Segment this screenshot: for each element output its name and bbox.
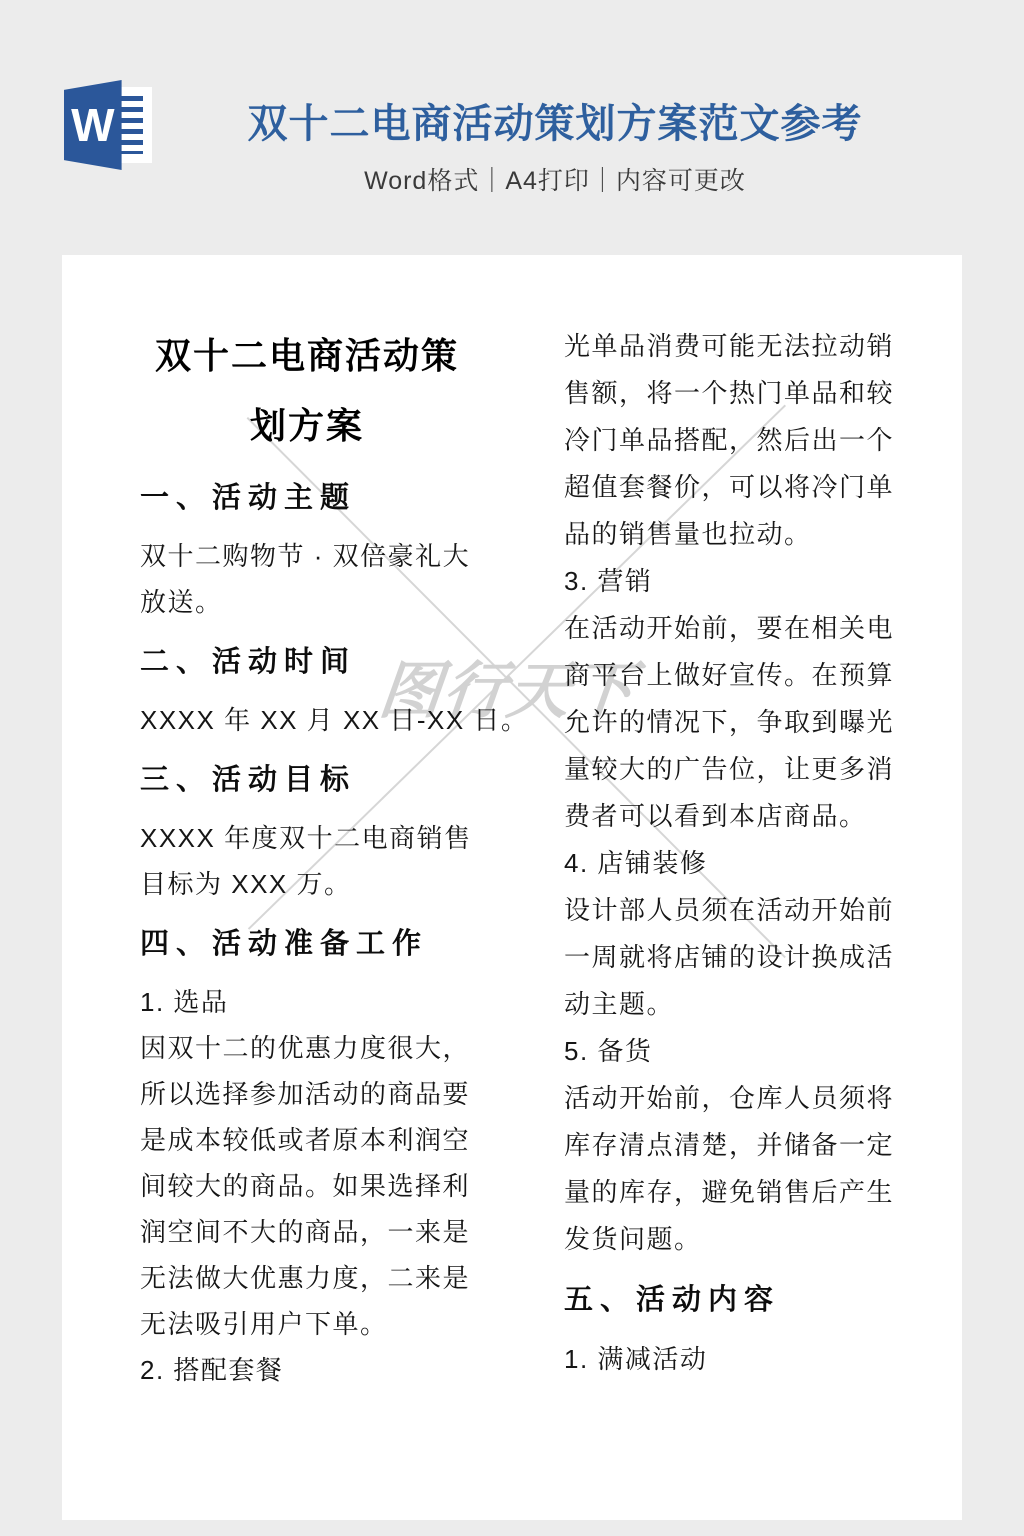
text-line: 设计部人员须在活动开始前	[564, 887, 908, 934]
text-line: 无法做大优惠力度，二来是	[140, 1255, 474, 1301]
left-column: 双十二电商活动策划方案一、活动主题双十二购物节 · 双倍豪礼大放送。二、活动时间…	[140, 321, 474, 1393]
header-text: 双十二电商活动策划方案范文参考 Word格式｜A4打印｜内容可更改	[248, 92, 863, 197]
text-line: 冷门单品搭配，然后出一个	[564, 417, 908, 464]
text-line: 4. 店铺装修	[564, 840, 908, 887]
text-line: 允许的情况下，争取到曝光	[564, 699, 908, 746]
text-line: 在活动开始前，要在相关电	[564, 605, 908, 652]
text-line: 1. 选品	[140, 979, 474, 1025]
text-line: 是成本较低或者原本利润空	[140, 1117, 474, 1163]
right-column: 光单品消费可能无法拉动销售额，将一个热门单品和较冷门单品搭配，然后出一个超值套餐…	[564, 323, 908, 1383]
section-heading: 五、活动内容	[564, 1277, 908, 1324]
template-subtitle: Word格式｜A4打印｜内容可更改	[248, 161, 863, 197]
text-line: 商平台上做好宣传。在预算	[564, 652, 908, 699]
text-line: 活动开始前，仓库人员须将	[564, 1075, 908, 1122]
text-line: 2. 搭配套餐	[140, 1347, 474, 1393]
text-line: 间较大的商品。如果选择利	[140, 1163, 474, 1209]
text-line: 量较大的广告位，让更多消	[564, 746, 908, 793]
template-header: W 双十二电商活动策划方案范文参考 Word格式｜A4打印｜内容可更改	[0, 0, 1024, 255]
doc-title-line: 划方案	[140, 391, 474, 461]
doc-title-line: 双十二电商活动策	[140, 321, 474, 391]
text-line: 量的库存，避免销售后产生	[564, 1169, 908, 1216]
text-line: 润空间不大的商品，一来是	[140, 1209, 474, 1255]
document-page: 图行天下 双十二电商活动策划方案一、活动主题双十二购物节 · 双倍豪礼大放送。二…	[62, 255, 962, 1520]
text-line: XXXX 年 XX 月 XX 日-XX 日。	[140, 697, 474, 743]
section-heading: 三、活动目标	[140, 757, 474, 803]
text-line: 双十二购物节 · 双倍豪礼大	[140, 533, 474, 579]
word-cover: W	[64, 80, 122, 170]
screenshot-root: { "header": { "title": "双十二电商活动策划方案范文参考"…	[0, 0, 1024, 1536]
text-line: 因双十二的优惠力度很大，	[140, 1025, 474, 1071]
text-line: 费者可以看到本店商品。	[564, 793, 908, 840]
text-line: 放送。	[140, 579, 474, 625]
text-line: 3. 营销	[564, 558, 908, 605]
text-line: 一周就将店铺的设计换成活	[564, 934, 908, 981]
text-line: 光单品消费可能无法拉动销	[564, 323, 908, 370]
section-heading: 一、活动主题	[140, 475, 474, 521]
text-line: 动主题。	[564, 981, 908, 1028]
text-line: 发货问题。	[564, 1216, 908, 1263]
template-title: 双十二电商活动策划方案范文参考	[248, 92, 863, 149]
section-heading: 二、活动时间	[140, 639, 474, 685]
text-line: 售额，将一个热门单品和较	[564, 370, 908, 417]
text-line: 品的销售量也拉动。	[564, 511, 908, 558]
text-line: XXXX 年度双十二电商销售	[140, 815, 474, 861]
word-icon-letter: W	[71, 102, 114, 148]
text-line: 所以选择参加活动的商品要	[140, 1071, 474, 1117]
word-icon: W	[64, 80, 154, 170]
text-line: 库存清点清楚，并储备一定	[564, 1122, 908, 1169]
section-heading: 四、活动准备工作	[140, 921, 474, 967]
text-line: 超值套餐价，可以将冷门单	[564, 464, 908, 511]
text-line: 目标为 XXX 万。	[140, 861, 474, 907]
text-line: 5. 备货	[564, 1028, 908, 1075]
text-line: 无法吸引用户下单。	[140, 1301, 474, 1347]
text-line: 1. 满减活动	[564, 1336, 908, 1383]
